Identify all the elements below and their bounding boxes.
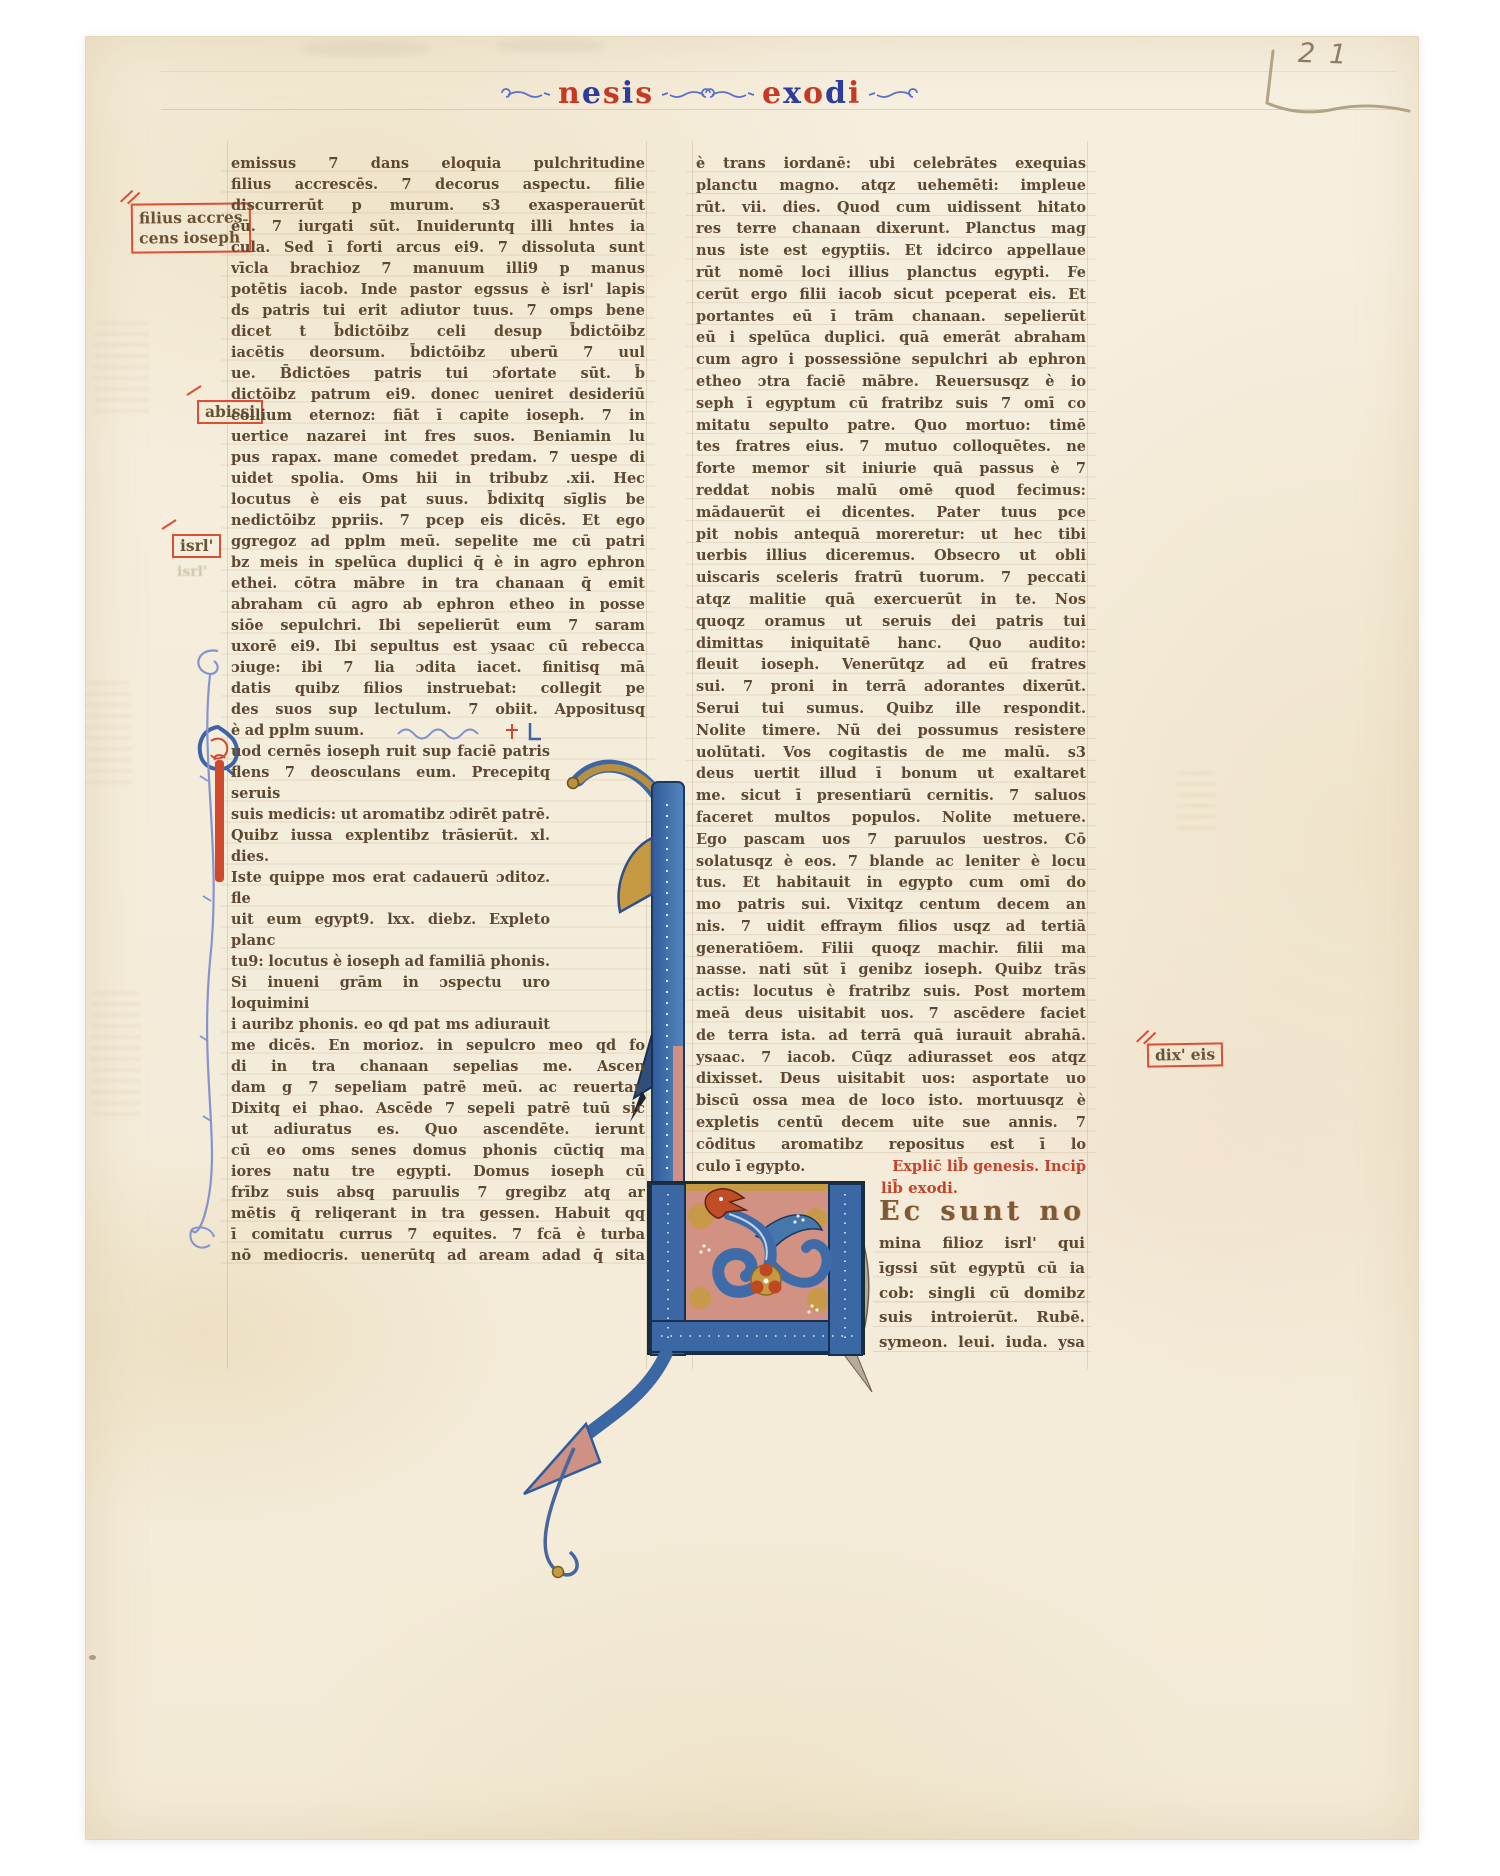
ink-bleedthrough bbox=[94, 322, 149, 417]
header-letter: e bbox=[762, 79, 783, 109]
dirt-speck bbox=[89, 1655, 96, 1660]
text-line: tes fratres eius. 7 mutuo colloquētes. n… bbox=[696, 436, 1086, 458]
text-line: dix' eis bbox=[1155, 1044, 1215, 1065]
text-line: etheo ɔtra faciē mābre. Reuersusqz è io bbox=[696, 371, 1086, 393]
marginal-note-dixit-eis: dix' eis bbox=[1147, 1042, 1224, 1067]
text-line: generatiōem. Filii quoqz machir. filii m… bbox=[696, 938, 1086, 960]
header-letter: n bbox=[558, 79, 582, 109]
text-line: Quibz iussa explentibz trāsierūt. xl. di… bbox=[231, 825, 645, 867]
ink-bleedthrough bbox=[1176, 772, 1216, 832]
text-line: biscū ossa mea de loco isto. mortuusqz è bbox=[696, 1090, 1086, 1112]
header-word-exodi: exodi bbox=[762, 79, 861, 109]
header-flourish-icon bbox=[494, 83, 552, 105]
text-line: datis quibz filios instruebat: collegit … bbox=[231, 678, 645, 699]
text-line: nedictōibz ppriis. 7 pcep eis dicēs. Et … bbox=[231, 510, 645, 531]
text-line: dictōibz patrum ei9. donec ueniret desid… bbox=[231, 384, 645, 405]
text-line: eū i spelūca duplici. quā emerāt abraham bbox=[696, 327, 1086, 349]
text-line: portantes eū ī trām chanaan. sepelierūt bbox=[696, 306, 1086, 328]
header-letter: s bbox=[603, 79, 622, 109]
text-column-right: è trans iordanē: ubi celebrātes exequias… bbox=[696, 153, 1086, 1156]
header-flourish-icon bbox=[698, 83, 756, 105]
text-line: Si inueni grām in ɔspectu uro loquimini bbox=[231, 972, 645, 1014]
text-line: uit eum egypt9. lxx. diebz. Expleto plan… bbox=[231, 909, 645, 951]
text-line: emissus 7 dans eloquia pulchritudine bbox=[231, 153, 645, 174]
text-column-left: emissus 7 dans eloquia pulchritudinefili… bbox=[231, 153, 645, 1266]
text-line: seph ī egyptum cū fratribz suis 7 omī co bbox=[696, 393, 1086, 415]
text-line: cerūt ergo filii iacob sicut pceperat ei… bbox=[696, 284, 1086, 306]
text-line: planctu magno. atqz uehemēti: impleue bbox=[696, 175, 1086, 197]
text-line: i auribz phonis. eo qd pat ms adiurauit bbox=[231, 1014, 645, 1035]
text-line: me. sicut ī presentiarū cernitis. 7 salu… bbox=[696, 785, 1086, 807]
text-line: siōe sepulchri. Ibi sepelierūt eum 7 sar… bbox=[231, 615, 645, 636]
text-line: bz meis in spelūca duplici q̄ è in agro … bbox=[231, 552, 645, 573]
text-line: actis: locutus è fratribz suis. Post mor… bbox=[696, 981, 1086, 1003]
folio-bracket-mark bbox=[1251, 45, 1421, 130]
text-line: deus uertit illud ī bonum ut exaltaret bbox=[696, 763, 1086, 785]
initial-tail bbox=[524, 1354, 666, 1578]
text-line: Serui tui sumus. Quibz ille respondit. bbox=[696, 698, 1086, 720]
text-line: ethei. cōtra mābre in tra chanaan q̄ emi… bbox=[231, 573, 645, 594]
insertion-tick-icon bbox=[185, 384, 205, 398]
text-line: nasse. nati sūt ī genibz ioseph. Quibz t… bbox=[696, 959, 1086, 981]
text-line: atqz malitie quā exercuerūt in te. Nos bbox=[696, 589, 1086, 611]
text-line: flens 7 deosculans eum. Precepitq seruis bbox=[231, 762, 645, 804]
text-line: rūt. vii. dies. Quod cum uidissent hitat… bbox=[696, 197, 1086, 219]
text-line: nō mediocris. uenerūtq ad aream adad q̄ … bbox=[231, 1245, 645, 1266]
text-line: abraham cū agro ab ephron etheo in posse bbox=[231, 594, 645, 615]
manuscript-page: 21 nesis exodi emissus 7 dans eloquia pu… bbox=[85, 36, 1419, 1840]
text-line: ue. B̄dictōes patris tui ɔfortate sūt. b… bbox=[231, 363, 645, 384]
text-line: quoqz oramus ut seruis dei patris tui bbox=[696, 611, 1086, 633]
text-line: tu9: locutus è ioseph ad familiā phonis. bbox=[231, 951, 645, 972]
text-line: rūt nomē loci illius planctus egypti. Fe bbox=[696, 262, 1086, 284]
insertion-tick-icon bbox=[160, 518, 180, 532]
text-line: ysaac. 7 iacob. Cūqz adiurasset eos atqz bbox=[696, 1047, 1086, 1069]
text-line: expletis centū decem uite sue annis. 7 bbox=[696, 1112, 1086, 1134]
text-line: cōditus aromatibz repositus est ī lo bbox=[696, 1134, 1086, 1156]
text-line: mādauerūt ei dicentes. Pater tuus pce bbox=[696, 502, 1086, 524]
text-line: iacētis deorsum. b̄dictōibz uberū 7 uul bbox=[231, 342, 645, 363]
header-letter: x bbox=[783, 79, 803, 109]
text-line: locutus è eis pat suus. b̄dixitq sīglis … bbox=[231, 489, 645, 510]
text-line: frībz suis absq paruulis 7 gregibz atq a… bbox=[231, 1182, 645, 1203]
text-line: ɔiuge: ibi 7 lia ɔdita iacet. finitisq m… bbox=[231, 657, 645, 678]
text-line: uertice nazarei int fres suos. Beniamin … bbox=[231, 426, 645, 447]
text-line: fleuit ioseph. Venerūtqz ad eū fratres bbox=[696, 654, 1086, 676]
header-letter: d bbox=[825, 79, 848, 109]
text-line: vīcla brachioz 7 manuum illi9 p manus bbox=[231, 258, 645, 279]
text-line: dam g 7 sepeliam patrē meū. ac reuertar. bbox=[231, 1077, 645, 1098]
header-word-nesis: nesis bbox=[558, 79, 654, 109]
header-letter: e bbox=[582, 79, 603, 109]
text-line: cum agro i possessiōne sepulchri ab ephr… bbox=[696, 349, 1086, 371]
scan-background: 21 nesis exodi emissus 7 dans eloquia pu… bbox=[0, 0, 1500, 1876]
header-letter: i bbox=[848, 79, 861, 109]
text-line: des suos sup lectulum. 7 obiit. Appositu… bbox=[231, 699, 645, 720]
text-line: pit nobis antequā moreretur: ut hec tibi bbox=[696, 524, 1086, 546]
text-line: isrl' bbox=[180, 536, 213, 556]
header-letter: i bbox=[622, 79, 635, 109]
text-line: faceret multos populos. Nolite metuere. bbox=[696, 807, 1086, 829]
text-line: de terra ista. ad terrā quā iurauit abra… bbox=[696, 1025, 1086, 1047]
text-line: eū. 7 iurgati sūt. Inuideruntq illi hnte… bbox=[231, 216, 645, 237]
text-line: forte memor sit iniurie quā passus è 7 bbox=[696, 458, 1086, 480]
text-line: uidet spolia. Oms hii in tribubz .xii. H… bbox=[231, 468, 645, 489]
text-line: mo patris sui. Vixitqz centum decem an bbox=[696, 894, 1086, 916]
insertion-tick-icon bbox=[119, 188, 143, 206]
text-line: Dixitq ei phao. Ascēde 7 sepeli patrē tu… bbox=[231, 1098, 645, 1119]
text-line: meā deus uisitabit uos. 7 ascēdere facie… bbox=[696, 1003, 1086, 1025]
text-line: cens ioseph bbox=[139, 227, 243, 248]
text-line: ut adiuratus es. Quo ascendēte. ierunt bbox=[231, 1119, 645, 1140]
text-line: Ego pascam uos 7 paruulos uestros. Cō bbox=[696, 829, 1086, 851]
insertion-tick-icon bbox=[1135, 1027, 1159, 1045]
marginal-note-israel: isrl' bbox=[172, 534, 221, 558]
text-line: collium eternoz: fiāt ī capite ioseph. 7… bbox=[231, 405, 645, 426]
text-line: ds patris tui erit adiutor tuus. 7 omps … bbox=[231, 300, 645, 321]
text-line: mētis q̄ reliqerant in tra gessen. Habui… bbox=[231, 1203, 645, 1224]
running-header-genesis: nesis bbox=[494, 79, 718, 109]
header-ruling-line bbox=[161, 71, 1396, 72]
pencil-smudge bbox=[496, 39, 606, 53]
text-line: nis. 7 uidit effraym filios usqz ad tert… bbox=[696, 916, 1086, 938]
text-line: Nolite timere. Nū dei possumus resistere bbox=[696, 720, 1086, 742]
text-line: mitatu sepulto patre. Quo mortuo: timē bbox=[696, 415, 1086, 437]
text-line: reddat nobis malū omē quod fecimus: bbox=[696, 480, 1086, 502]
text-line: nus iste est egyptiis. Et idcirco appell… bbox=[696, 240, 1086, 262]
text-line: di in tra chanaan sepelias me. Ascen bbox=[231, 1056, 645, 1077]
text-line: dicet t b̄dictōibz celi desup b̄dictōibz bbox=[231, 321, 645, 342]
rubric-explicit-genesis: Explic̄ lib̄ genesis. Incip̄ bbox=[892, 1156, 1086, 1178]
text-line: potētis iacob. Inde pastor egssus è isrl… bbox=[231, 279, 645, 300]
text-line: cū eo oms senes domus phonis cūctiq ma bbox=[231, 1140, 645, 1161]
text-line: uod cernēs ioseph ruit sup faciē patris bbox=[231, 741, 645, 762]
text-line: me dicēs. En morioz. in sepulcro meo qd … bbox=[231, 1035, 645, 1056]
text-line: sui. 7 proni in terrā adorantes dixerūt. bbox=[696, 676, 1086, 698]
text-line: pus rapax. mane comedet predam. 7 uespe … bbox=[231, 447, 645, 468]
text-line: solatusqz è eos. 7 blande ac leniter è l… bbox=[696, 851, 1086, 873]
text-line: ī comitatu currus 7 equites. 7 fcā è tur… bbox=[231, 1224, 645, 1245]
text-line: uerbis illius diceremus. Obsecro ut obli bbox=[696, 545, 1086, 567]
text-line: Iste quippe mos erat cadauerū ɔditoz. fl… bbox=[231, 867, 645, 909]
text-line: filius accres bbox=[139, 207, 243, 228]
text-line: uiscaris sceleris fratrū tuorum. 7 pecca… bbox=[696, 567, 1086, 589]
text-line: uolūtati. Vos cogitastis de me malū. s3 bbox=[696, 742, 1086, 764]
text-line: dixisset. Deus uisitabit uos: asportate … bbox=[696, 1068, 1086, 1090]
header-letter: o bbox=[803, 79, 825, 109]
header-flourish-icon bbox=[867, 83, 925, 105]
pencil-smudge bbox=[301, 41, 431, 57]
text-line: è trans iordanē: ubi celebrātes exequias bbox=[696, 153, 1086, 175]
text-line: res terre chanaan dixerunt. Planctus mag bbox=[696, 218, 1086, 240]
ink-bleedthrough bbox=[86, 682, 131, 792]
bleedthrough-ghost-israel: isrl' bbox=[177, 564, 207, 580]
running-header-exodi: exodi bbox=[698, 79, 925, 109]
text-line: iores natu tre egypti. Domus ioseph cū bbox=[231, 1161, 645, 1182]
text-line: è ad pplm suum. bbox=[231, 720, 645, 741]
text-line: dimittas iniquitatē hanc. Quo audito: bbox=[696, 633, 1086, 655]
text-line: cula. Sed ī forti arcus ei9. 7 dissoluta… bbox=[231, 237, 645, 258]
text-line: ggregoz ad pplm meū. sepelite me cū patr… bbox=[231, 531, 645, 552]
text-line: suis medicis: ut aromatibz ɔdirēt patrē. bbox=[231, 804, 645, 825]
text-line: discurrerūt p murum. s3 exasperauerūt bbox=[231, 195, 645, 216]
header-letter: s bbox=[635, 79, 654, 109]
text-line: tus. Et habitauit in egypto cum omī do bbox=[696, 872, 1086, 894]
ink-bleedthrough bbox=[91, 992, 141, 1122]
text-line: filius accrescēs. 7 decorus aspectu. fil… bbox=[231, 174, 645, 195]
text-line: uxorē ei9. Ibi sepultus est ysaac cū reb… bbox=[231, 636, 645, 657]
